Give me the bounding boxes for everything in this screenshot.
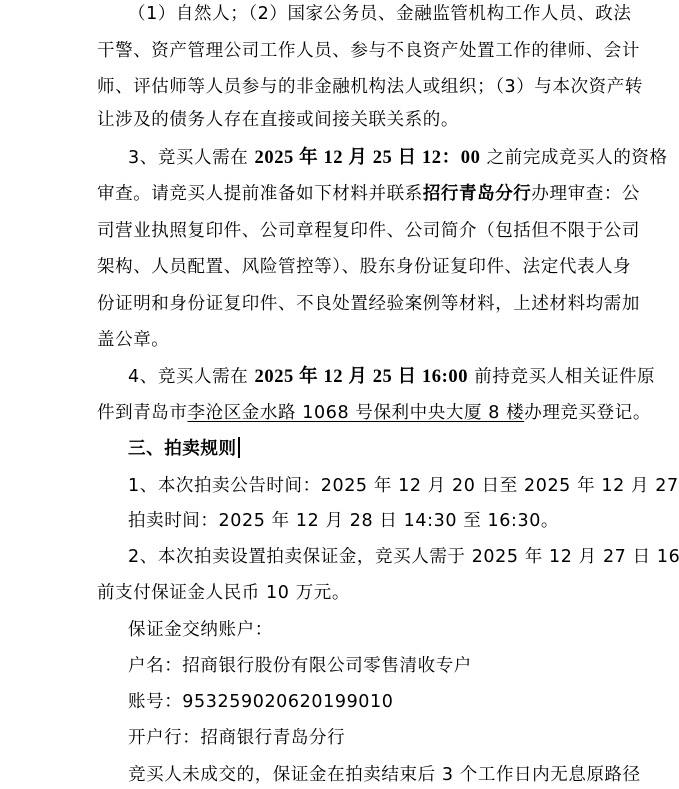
paragraph-3-line-1: 3、竞买人需在 2025 年 12 月 25 日 12：00 之前完成竞买人的资… bbox=[128, 146, 668, 170]
paragraph-3-line-5: 份证明和身份证复印件、不良处置经验案例等材料，上述材料均需加 bbox=[97, 292, 640, 316]
registration-address: 李沧区金水路 1068 号保利中央大厦 8 楼 bbox=[188, 403, 525, 423]
paragraph-3-line-4: 架构、人员配置、风险管控等）、股东身份证复印件、法定代表人身 bbox=[97, 255, 631, 279]
paragraph-3-line-2-suffix: 办理审查：公 bbox=[531, 184, 640, 204]
refund-note: 竞买人未成交的，保证金在拍卖结束后 3 个工作日内无息原路径 bbox=[128, 763, 641, 787]
paragraph-4-suffix: 前持竞买人相关证件原 bbox=[468, 367, 655, 387]
deposit-account-title: 保证金交纳账户： bbox=[128, 618, 273, 642]
rule-2-line-2: 前支付保证金人民币 10 万元。 bbox=[97, 581, 350, 605]
restrictions-line-4: 让涉及的债务人存在直接或间接关联关系的。 bbox=[97, 108, 459, 132]
paragraph-4-line-2-prefix: 件到青岛市 bbox=[97, 403, 188, 423]
restrictions-line-1: （1）自然人；（2）国家公务员、金融监管机构工作人员、政法 bbox=[128, 2, 631, 26]
paragraph-4-line-1: 4、竞买人需在 2025 年 12 月 25 日 16:00 前持竞买人相关证件… bbox=[128, 365, 655, 389]
paragraph-3-line-6: 盖公章。 bbox=[97, 328, 169, 352]
text-cursor bbox=[238, 437, 240, 458]
rule-1: 1、本次拍卖公告时间：2025 年 12 月 20 日至 2025 年 12 月… bbox=[128, 474, 679, 498]
paragraph-4-prefix: 4、竞买人需在 bbox=[128, 367, 255, 387]
paragraph-3-line-2-prefix: 审查。请竞买人提前准备如下材料并联系 bbox=[97, 184, 423, 204]
paragraph-4-line-2-suffix: 办理竞买登记。 bbox=[524, 403, 651, 423]
paragraph-3-suffix: 之前完成竞买人的资格 bbox=[480, 148, 667, 168]
account-number: 账号：953259020620199010 bbox=[128, 690, 394, 714]
paragraph-3-line-3: 司营业执照复印件、公司章程复印件、公司简介（包括但不限于公司 bbox=[97, 219, 640, 243]
paragraph-4-line-2: 件到青岛市李沧区金水路 1068 号保利中央大厦 8 楼办理竞买登记。 bbox=[97, 401, 651, 425]
section-heading-text: 三、拍卖规则 bbox=[128, 439, 237, 459]
account-name: 户名：招商银行股份有限公司零售清收专户 bbox=[128, 654, 472, 678]
paragraph-3-prefix: 3、竞买人需在 bbox=[128, 148, 255, 168]
section-heading: 三、拍卖规则 bbox=[128, 437, 240, 461]
paragraph-3-line-2: 审查。请竞买人提前准备如下材料并联系招行青岛分行办理审查：公 bbox=[97, 182, 640, 206]
rule-2-line-1: 2、本次拍卖设置拍卖保证金，竞买人需于 2025 年 12 月 27 日 16:… bbox=[128, 545, 679, 569]
opening-bank: 开户行：招商银行青岛分行 bbox=[128, 726, 345, 750]
restrictions-line-3: 师、评估师等人员参与的非金融机构法人或组织；（3）与本次资产转 bbox=[97, 75, 643, 99]
registration-deadline: 2025 年 12 月 25 日 16:00 bbox=[255, 367, 469, 387]
bank-branch-bold: 招行青岛分行 bbox=[423, 184, 532, 204]
qualification-deadline: 2025 年 12 月 25 日 12：00 bbox=[255, 148, 481, 168]
auction-time: 拍卖时间：2025 年 12 月 28 日 14:30 至 16:30。 bbox=[128, 509, 559, 533]
restrictions-line-2: 干警、资产管理公司工作人员、参与不良资产处置工作的律师、会计 bbox=[97, 39, 640, 63]
